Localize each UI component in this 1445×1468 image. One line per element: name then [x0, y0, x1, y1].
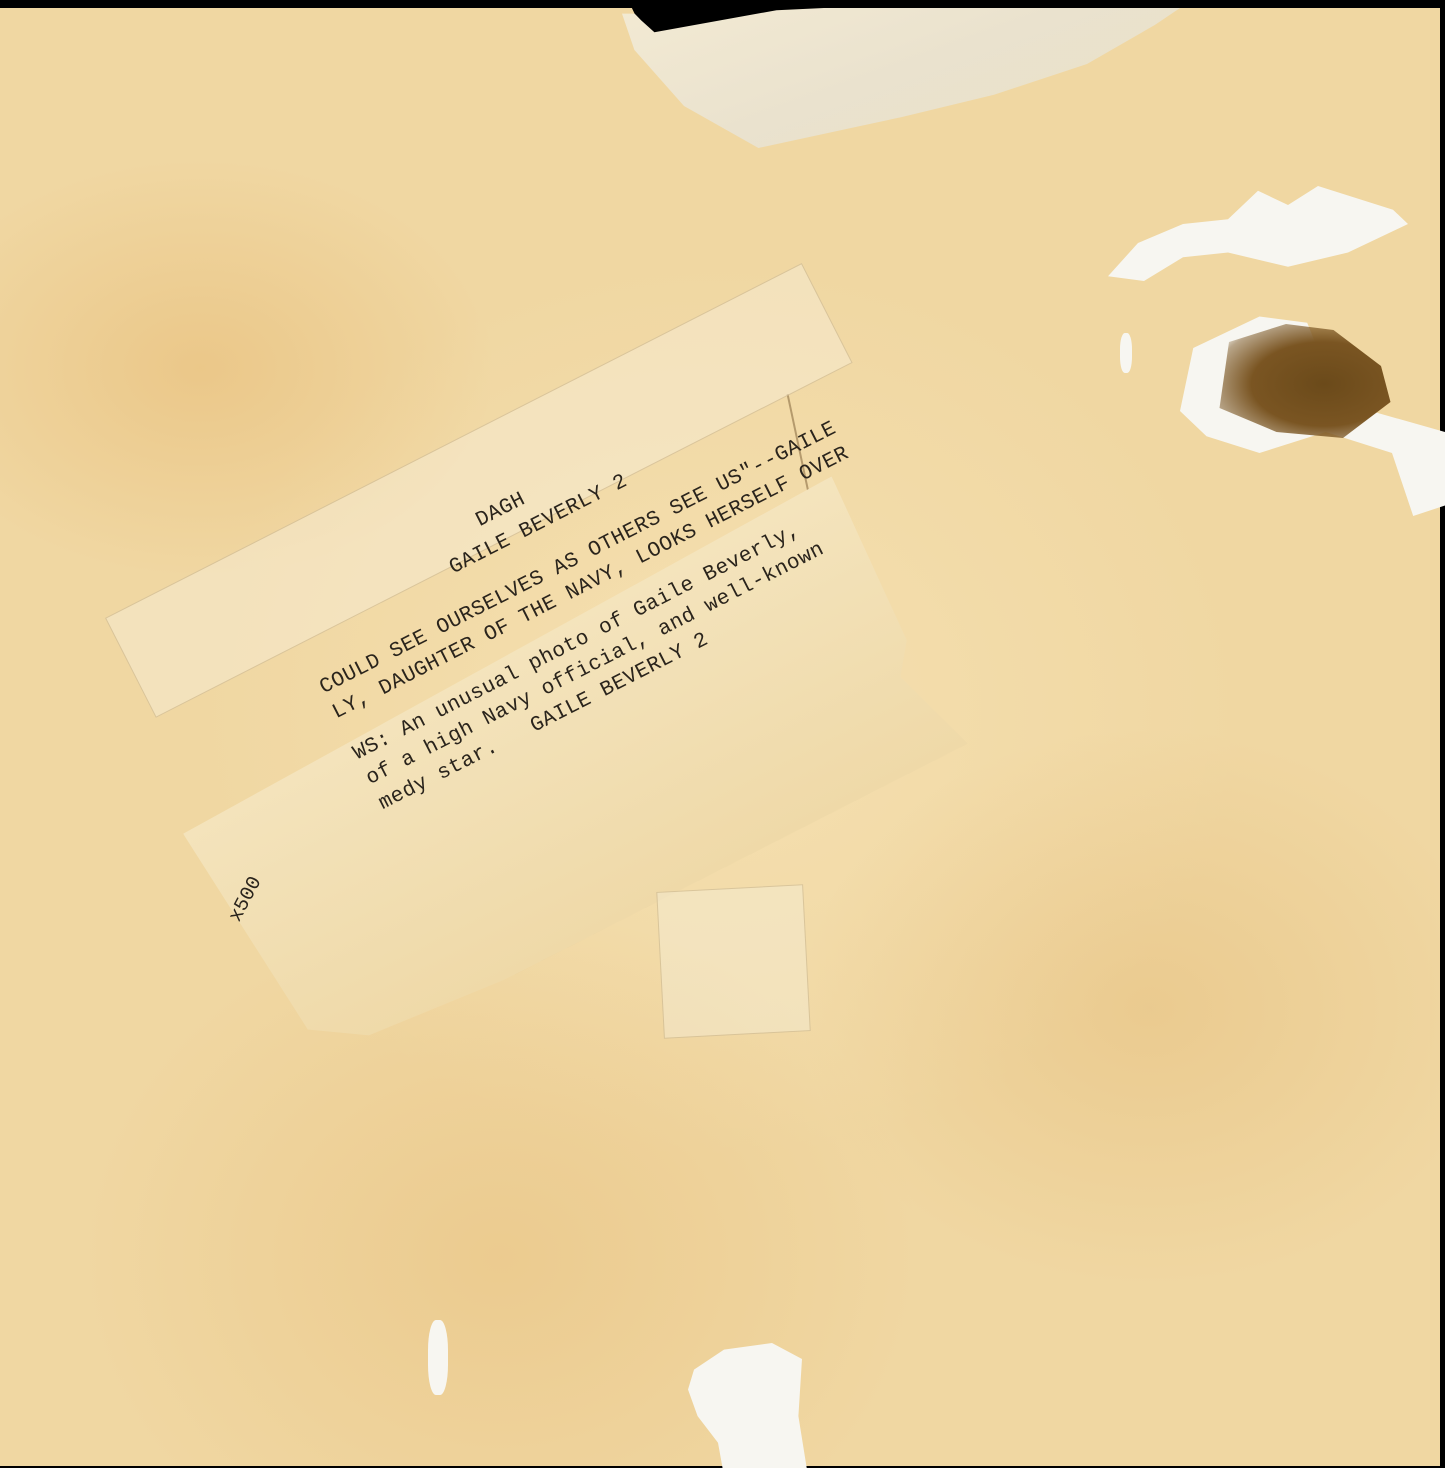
tape-strip	[656, 884, 810, 1038]
aged-paper-sheet: DAGH GAILE BEVERLY 2 COULD SEE OURSELVES…	[0, 8, 1440, 1466]
paper-damage-patch	[1108, 186, 1408, 281]
paper-damage-patch	[1120, 333, 1132, 373]
paper-damage-patch	[428, 1320, 448, 1395]
paper-damage-patch	[688, 1343, 808, 1468]
